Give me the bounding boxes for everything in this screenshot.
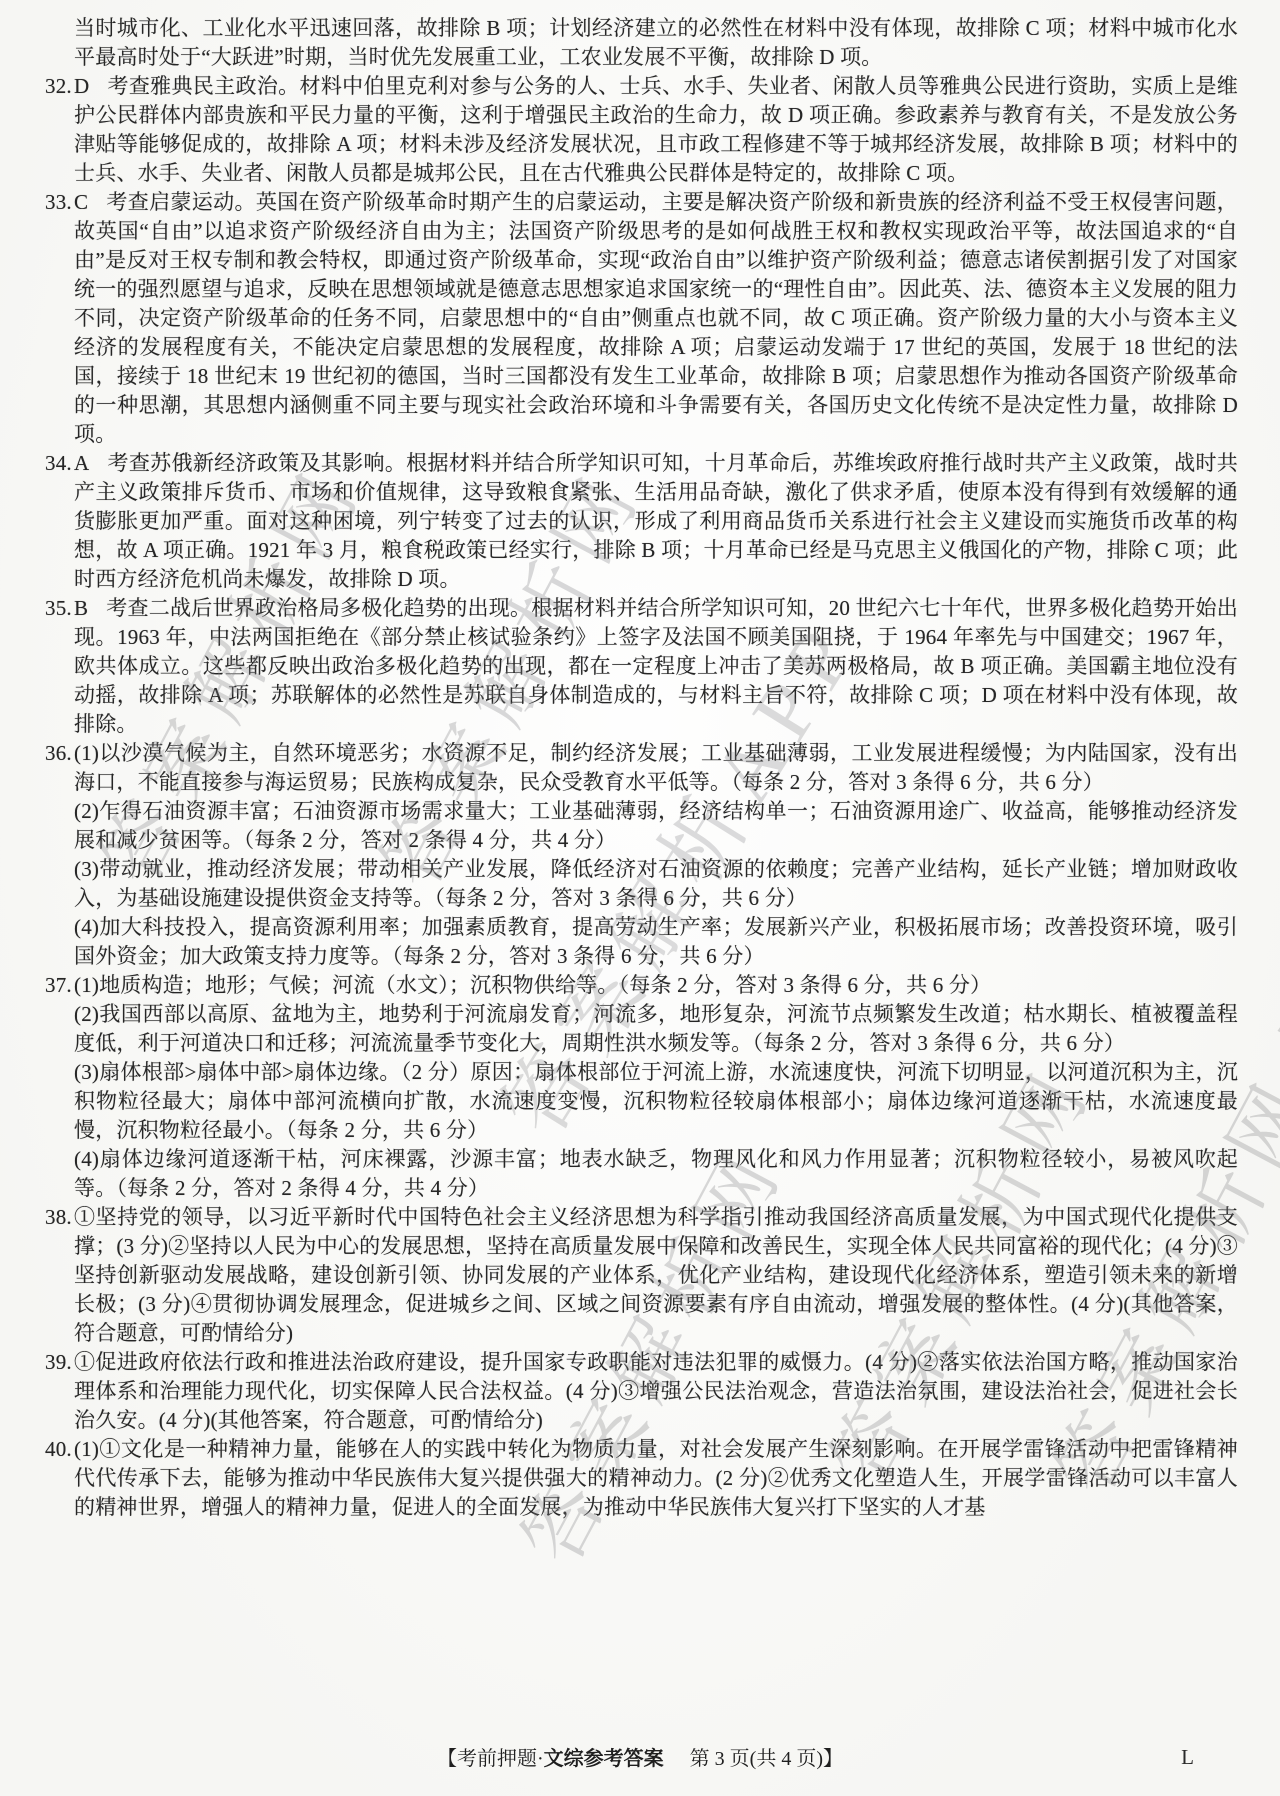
answer-item: 36.(1)以沙漠气候为主，自然环境恶劣；水资源不足，制约经济发展；工业基础薄弱… [45,739,1238,971]
page-footer: 【考前押题·文综参考答案第 3 页(共 4 页)】 [0,1746,1280,1772]
question-number: 40. [45,1435,72,1464]
answer-text: 当时城市化、工业化水平迅速回落，故排除 B 项；计划经济建立的必然性在材料中没有… [74,16,1238,69]
corner-mark: L [1181,1745,1194,1770]
answer-text: 考查启蒙运动。英国在资产阶级革命时期产生的启蒙运动，主要是解决资产阶级和新贵族的… [74,190,1238,446]
answer-paragraph: 当时城市化、工业化水平迅速回落，故排除 B 项；计划经济建立的必然性在材料中没有… [74,14,1238,72]
answer-paragraph: (4)加大科技投入，提高资源利用率；加强素质教育，提高劳动生产率；发展新兴产业，… [74,913,1238,971]
answer-paragraph: (2)我国西部以高原、盆地为主，地势利于河流扇发育；河流多，地形复杂，河流节点频… [74,1000,1238,1058]
answer-letter: D [74,74,89,98]
answer-item: 38.①坚持党的领导，以习近平新时代中国特色社会主义经济思想为科学指引推动我国经… [45,1203,1238,1348]
answer-paragraph: (3)带动就业，推动经济发展；带动相关产业发展，降低经济对石油资源的依赖度；完善… [74,855,1238,913]
footer-prefix: 【考前押题· [437,1748,544,1770]
answer-item: 33.C考查启蒙运动。英国在资产阶级革命时期产生的启蒙运动，主要是解决资产阶级和… [45,188,1238,449]
question-number: 35. [45,594,72,623]
answer-paragraph: (4)扇体边缘河道逐渐干枯，河床裸露，沙源丰富；地表水缺乏，物理风化和风力作用显… [74,1145,1238,1203]
answer-paragraph: (3)扇体根部>扇体中部>扇体边缘。（2 分）原因：扇体根部位于河流上游，水流速… [74,1058,1238,1145]
question-number: 32. [45,72,72,101]
answer-letter: C [74,190,88,214]
answer-paragraph: (2)乍得石油资源丰富；石油资源市场需求量大；工业基础薄弱，经济结构单一；石油资… [74,797,1238,855]
answer-sheet-page: 答案解析网 答案解析网 答案解析APP 答案解析网 答案解析网 答案解析网小程序… [0,0,1280,1796]
answer-text: 考查二战后世界政治格局多极化趋势的出现。根据材料并结合所学知识可知，20 世纪六… [74,596,1238,736]
answer-text: (4)扇体边缘河道逐渐干枯，河床裸露，沙源丰富；地表水缺乏，物理风化和风力作用显… [74,1147,1238,1200]
answer-text: 考查雅典民主政治。材料中伯里克利对参与公务的人、士兵、水手、失业者、闲散人员等雅… [74,74,1238,185]
question-number: 38. [45,1203,72,1232]
answer-text: (3)扇体根部>扇体中部>扇体边缘。（2 分）原因：扇体根部位于河流上游，水流速… [74,1060,1238,1142]
answer-item: 35.B考查二战后世界政治格局多极化趋势的出现。根据材料并结合所学知识可知，20… [45,594,1238,739]
answer-paragraph: 40.(1)①文化是一种精神力量，能够在人的实践中转化为物质力量，对社会发展产生… [74,1435,1238,1522]
answer-text: (1)地质构造；地形；气候；河流（水文）；沉积物供给等。（每条 2 分，答对 3… [74,973,991,997]
answer-text: ①促进政府依法行政和推进法治政府建设，提升国家专政职能对违法犯罪的威慑力。(4 … [74,1350,1238,1432]
question-number: 39. [45,1348,72,1377]
answer-text: ①坚持党的领导，以习近平新时代中国特色社会主义经济思想为科学指引推动我国经济高质… [74,1205,1238,1345]
answer-letter: A [74,451,89,475]
answer-item: 32.D考查雅典民主政治。材料中伯里克利对参与公务的人、士兵、水手、失业者、闲散… [45,72,1238,188]
answer-paragraph: 38.①坚持党的领导，以习近平新时代中国特色社会主义经济思想为科学指引推动我国经… [74,1203,1238,1348]
answer-item: 当时城市化、工业化水平迅速回落，故排除 B 项；计划经济建立的必然性在材料中没有… [45,14,1238,72]
footer-title: 文综参考答案 [544,1748,664,1770]
question-number: 37. [45,971,72,1000]
answer-paragraph: 35.B考查二战后世界政治格局多极化趋势的出现。根据材料并结合所学知识可知，20… [74,594,1238,739]
answer-item: 39.①促进政府依法行政和推进法治政府建设，提升国家专政职能对违法犯罪的威慑力。… [45,1348,1238,1435]
answer-paragraph: 33.C考查启蒙运动。英国在资产阶级革命时期产生的启蒙运动，主要是解决资产阶级和… [74,188,1238,449]
answer-paragraph: 39.①促进政府依法行政和推进法治政府建设，提升国家专政职能对违法犯罪的威慑力。… [74,1348,1238,1435]
answer-text: (2)乍得石油资源丰富；石油资源市场需求量大；工业基础薄弱，经济结构单一；石油资… [74,799,1238,852]
answer-item: 34.A考查苏俄新经济政策及其影响。根据材料并结合所学知识可知，十月革命后，苏维… [45,449,1238,594]
answer-paragraph: 34.A考查苏俄新经济政策及其影响。根据材料并结合所学知识可知，十月革命后，苏维… [74,449,1238,594]
answer-text: (4)加大科技投入，提高资源利用率；加强素质教育，提高劳动生产率；发展新兴产业，… [74,915,1238,968]
question-number: 36. [45,739,72,768]
question-number: 33. [45,188,72,217]
answer-text: (3)带动就业，推动经济发展；带动相关产业发展，降低经济对石油资源的依赖度；完善… [74,857,1238,910]
answer-paragraph: 36.(1)以沙漠气候为主，自然环境恶劣；水资源不足，制约经济发展；工业基础薄弱… [74,739,1238,797]
answer-text: (1)以沙漠气候为主，自然环境恶劣；水资源不足，制约经济发展；工业基础薄弱，工业… [74,741,1238,794]
answer-text: 考查苏俄新经济政策及其影响。根据材料并结合所学知识可知，十月革命后，苏维埃政府推… [74,451,1238,591]
footer-page-info: 第 3 页(共 4 页)】 [690,1748,843,1770]
answer-item: 37.(1)地质构造；地形；气候；河流（水文）；沉积物供给等。（每条 2 分，答… [45,971,1238,1203]
answer-text: (2)我国西部以高原、盆地为主，地势利于河流扇发育；河流多，地形复杂，河流节点频… [74,1002,1238,1055]
answer-letter: B [74,596,88,620]
answer-item: 40.(1)①文化是一种精神力量，能够在人的实践中转化为物质力量，对社会发展产生… [45,1435,1238,1522]
answer-paragraph: 32.D考查雅典民主政治。材料中伯里克利对参与公务的人、士兵、水手、失业者、闲散… [74,72,1238,188]
answer-text: (1)①文化是一种精神力量，能够在人的实践中转化为物质力量，对社会发展产生深刻影… [74,1437,1238,1519]
question-number: 34. [45,449,72,478]
answers-content: 当时城市化、工业化水平迅速回落，故排除 B 项；计划经济建立的必然性在材料中没有… [45,14,1238,1522]
answer-paragraph: 37.(1)地质构造；地形；气候；河流（水文）；沉积物供给等。（每条 2 分，答… [74,971,1238,1000]
